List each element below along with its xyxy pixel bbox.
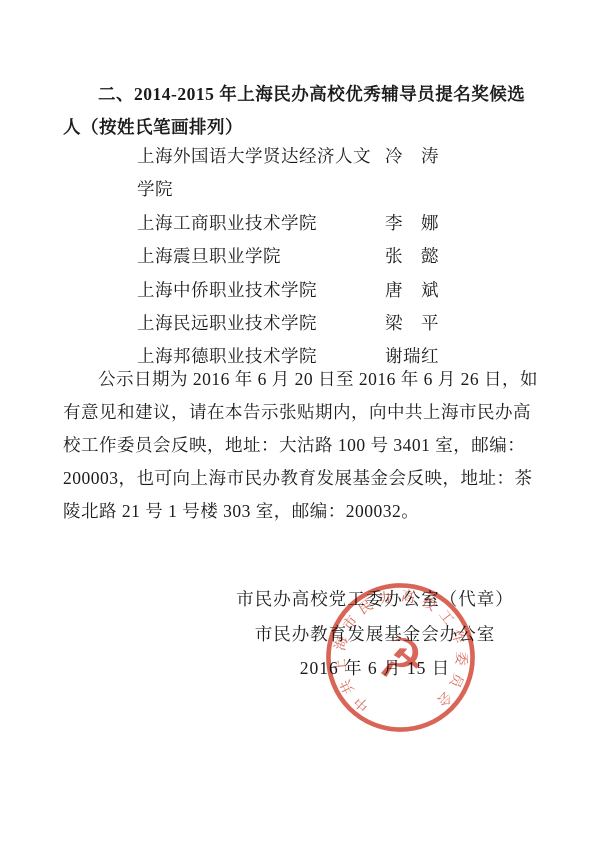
notice-line: 校工作委员会反映，地址：大沽路 100 号 3401 室，邮编： (63, 429, 541, 462)
notice-line: 有意见和建议，请在本告示张贴期内，向中共上海市民办高 (63, 396, 541, 429)
candidate-name: 冷 涛 (385, 140, 537, 207)
signing-org-line: 市民办教育发展基金会办公室 (225, 617, 525, 652)
heading-line: 二、2014-2015 年上海民办高校优秀辅导员提名奖候选 (63, 78, 537, 111)
candidate-school: 上海民远职业技术学院 (137, 307, 385, 340)
candidate-row: 上海民远职业技术学院 梁 平 (137, 307, 537, 340)
candidate-row: 上海外国语大学贤达经济人文学院 冷 涛 (137, 140, 537, 207)
notice-line: 200003，也可向上海市民办教育发展基金会反映，地址：茶 (63, 462, 541, 495)
candidate-school: 上海工商职业技术学院 (137, 207, 385, 240)
candidate-row: 上海中侨职业技术学院 唐 斌 (137, 274, 537, 307)
signature-block: 市民办高校党工委办公室（代章） 市民办教育发展基金会办公室 2016 年 6 月… (225, 582, 525, 686)
candidate-name: 唐 斌 (385, 274, 537, 307)
notice-line: 公示日期为 2016 年 6 月 20 日至 2016 年 6 月 26 日，如 (63, 363, 541, 396)
public-notice-paragraph: 公示日期为 2016 年 6 月 20 日至 2016 年 6 月 26 日，如… (63, 363, 541, 528)
candidate-name: 李 娜 (385, 207, 537, 240)
section-heading: 二、2014-2015 年上海民办高校优秀辅导员提名奖候选 人（按姓氏笔画排列） (63, 78, 537, 144)
candidate-name: 张 懿 (385, 240, 537, 273)
candidate-row: 上海工商职业技术学院 李 娜 (137, 207, 537, 240)
candidate-list: 上海外国语大学贤达经济人文学院 冷 涛 上海工商职业技术学院 李 娜 上海震旦职… (137, 140, 537, 374)
candidate-name: 梁 平 (385, 307, 537, 340)
signature-date: 2016 年 6 月 15 日 (225, 651, 525, 686)
candidate-school: 上海震旦职业学院 (137, 240, 385, 273)
candidate-school: 上海中侨职业技术学院 (137, 274, 385, 307)
candidate-school: 上海外国语大学贤达经济人文学院 (137, 140, 385, 207)
notice-line: 陵北路 21 号 1 号楼 303 室，邮编：200032。 (63, 495, 541, 528)
signing-org-line: 市民办高校党工委办公室（代章） (225, 582, 525, 617)
candidate-row: 上海震旦职业学院 张 懿 (137, 240, 537, 273)
document-page: 二、2014-2015 年上海民办高校优秀辅导员提名奖候选 人（按姓氏笔画排列）… (0, 0, 595, 841)
